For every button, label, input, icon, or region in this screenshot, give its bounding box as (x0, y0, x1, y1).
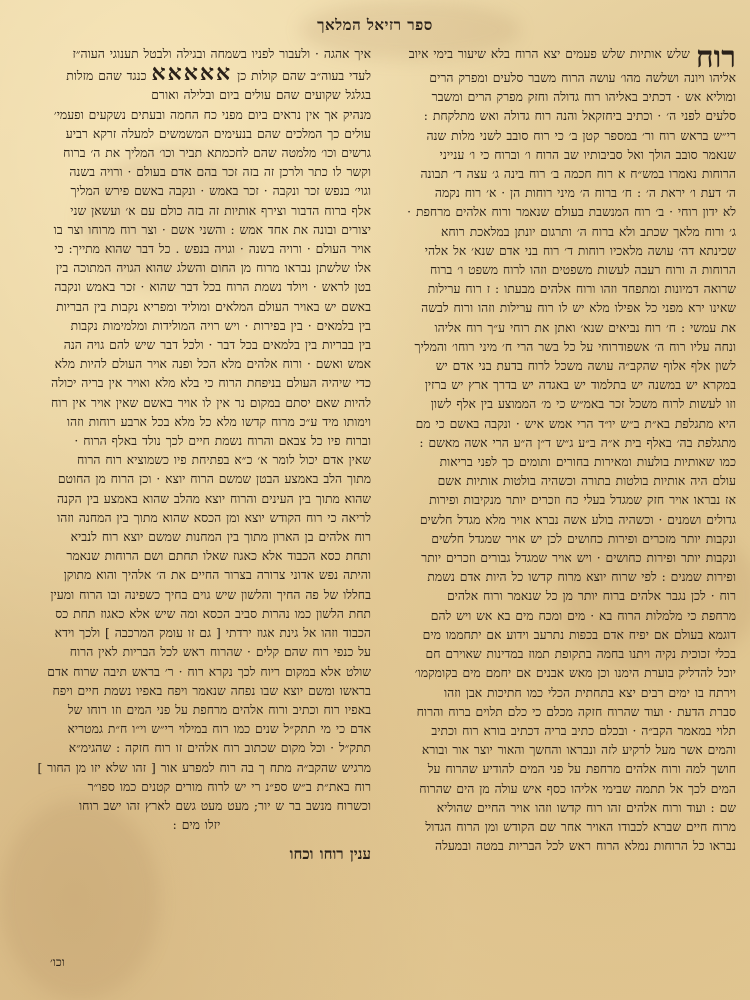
text-segment: בגלגל שקועים שהם עולים (244, 88, 371, 102)
text-line: וגוי׳ בנפש זכר ונקבה · זכר באמש · ונקבה … (22, 182, 371, 201)
text-line: והיתה נפש אדוני צרורה בצרור החיים את ה׳ … (22, 566, 371, 585)
page-header: ספר רזיאל המלאך (0, 16, 750, 35)
scanned-page: ספר רזיאל המלאך איך אהגה · ולעבור לפניו … (0, 0, 750, 1000)
text-line: סלעים לפני ה׳ · וכתיב ביחזקאל והנה רוח ג… (387, 107, 736, 126)
text-line: אמש ואשם · ורוח אלהים מלא הכל ופנה אויר … (22, 355, 371, 374)
text-line: כמו שאותיות בולעות ומאירות בחורים ותומים… (387, 453, 736, 472)
text-line: וזו לעשות לרוח משכל זכר באמ״ש כי מ׳ הממו… (387, 395, 736, 414)
text-line: מתגלפת בה׳ באלף בית א״ה ב״ע ג״ש ד״ן ה״ע … (387, 434, 736, 453)
text-line: אויר העולם · ורויה בשנה · וגויה בנפש . כ… (22, 240, 371, 259)
text-line: שם : ועוד ורוח אלהים זהו רוח קדשו וזהו א… (387, 799, 736, 818)
text-line: וברוח פיו כל צבאם והרוח נשמת חיים לכך נו… (22, 432, 371, 451)
text-line: לשון אלף אלוף שהקב״ה עושה משכל לרוח בדעת… (387, 357, 736, 376)
text-line: שרואה דמיונות ומתפחד וזהו ורוח אלהים מבע… (387, 280, 736, 299)
text-line: רוח · לכן נגבר אלהים ברוח יותר מן כל שנא… (387, 587, 736, 606)
text-line: אדם כי מי תתק״ל שנים כמו רוח במילוי רי״ש… (22, 720, 371, 739)
text-line: מנהיק אך אין נראים ביום מפני כח החמה ובע… (22, 106, 371, 125)
right-column: איך אהגה · ולעבור לפניו בשמחה ובגילה ולב… (22, 45, 371, 964)
text-line: הכבוד וזהו אל גינת אגוז ירדתי [ גם זו עו… (22, 624, 371, 643)
large-aleph-letters: אאאאא (152, 64, 233, 86)
text-line: שכינתא דה׳ עושה מלאכיו רוחות ד׳ רוח בני … (387, 242, 736, 261)
text-segment: שלש אותיות שלש פעמים יצא הרוח בלא שיעור … (409, 47, 690, 61)
text-line: נבראו כל הרוחות נמלא הרוח ראש לכל הבריות… (387, 837, 736, 856)
text-line: איך אהגה · ולעבור לפניו בשמחה ובגילה ולב… (22, 45, 371, 64)
text-line: וקשר לו כתר ולרכן זה בזה זכר בהם אדם בעו… (22, 163, 371, 182)
continuation-mark: וכו׳ (50, 955, 65, 970)
text-line: גרשים וכו׳ מלמטה שהם לחכמתא תביר וכו׳ המ… (22, 144, 371, 163)
text-line: שאין אדם יכול לומר א׳ כ״א בפתיחת פיו כשמ… (22, 451, 371, 470)
text-line: מתוך הלב באמצע הבטן שמשם הרוח יוצא · וכן… (22, 470, 371, 489)
text-line: תלוי במאמר הקב״ה · ובכלם כתיב בריה דכתיב… (387, 722, 736, 741)
text-line: שנאמר סובב הולך ואל סביבותיו שב הרוח ו׳ … (387, 146, 736, 165)
text-line: ותחת כסא הכבוד אלא כאגוז שאלו תחתם ושם ה… (22, 547, 371, 566)
text-line: עולם היה אותיות בולטות בתורה וכשהיה בולט… (387, 472, 736, 491)
text-line: שהוא מתוך בין העינים והרוח יוצא מהלב שהו… (22, 490, 371, 509)
text-line: תחת הלשון כמו נהרות סביב הכסא ומה שיש אל… (22, 605, 371, 624)
text-line: מרוח חיים שברא לכבודו האויר אחר שם הקודש… (387, 818, 736, 837)
text-line: ג׳ ורוח מלאך שכתב ולא ברוח ה׳ ותרגום יונ… (387, 223, 736, 242)
text-line: רי״ש בראש רוח ור׳ במספר קטן ב׳ כי רוח סו… (387, 127, 736, 146)
text-segment: ביום ובלילה ואורם (151, 88, 239, 102)
text-line: אליהו ויונה ושלשה מהו׳ עושה הרוח משבר סל… (387, 69, 736, 88)
text-line: יזלו מים : (22, 816, 371, 835)
text-line: בראשו ומשם יוצא שבו נפחה שנאמר ויפח באפי… (22, 682, 371, 701)
left-column: רוח שלש אותיות שלש פעמים יצא הרוח בלא שי… (387, 45, 736, 964)
text-line: במקרא יש במשנה יש בתלמוד יש באגדה יש בדר… (387, 376, 736, 395)
text-line: לא ידון רוחי · ב׳ רוח המנשבת בעולם שנאמר… (387, 203, 736, 222)
text-line: הרוחות ה ורוח רעבה לעשות משפטים וזהו לרו… (387, 261, 736, 280)
initial-word: רוח (696, 47, 736, 69)
text-columns: איך אהגה · ולעבור לפניו בשמחה ובגילה ולב… (22, 45, 736, 964)
text-line: מרחפת כי מלמלות הרוח בא · מים ומכח מים ב… (387, 607, 736, 626)
section-title: ענין רוחו וכחו (22, 845, 371, 864)
text-line: להיות שאם יסתם במקום נר אין לו אויר באשם… (22, 394, 371, 413)
text-line: לריאה כי רוח הקודש יוצא ומן הכסא שהוא מת… (22, 509, 371, 528)
text-line: בין בבריות בין בלמאים בכל דבר · ולכל דבר… (22, 336, 371, 355)
text-line: ומוליא אש · דכתיב באליהו רוח גדולה וחזק … (387, 88, 736, 107)
text-line: יצורים ובונה את אחד אמש : והשני אשם · וצ… (22, 221, 371, 240)
text-line: אלו שלשתן נבראו מרוח מן החום והשלג שהוא … (22, 259, 371, 278)
text-line: היא מתגלפת בא״ת ב״ש יו״ד הרי אמש איש · ו… (387, 415, 736, 434)
text-line: באפיו רוח וכתיב ורוח אלהים מרחפת על פני … (22, 701, 371, 720)
text-line: בין בלמאים · בין בפירות · ויש רויה המולי… (22, 317, 371, 336)
text-line: על כנפי רוח שהם קלים · שהרוח ראש לכל הבר… (22, 643, 371, 662)
text-line: המים לכך אל תתמה שבימי אליהו כסף איש עול… (387, 780, 736, 799)
text-line: ונחה עליו רוח ה׳ אשפודרוחי על כל בשר הרי… (387, 338, 736, 357)
text-line: באשם יש באויר העולם המלאים ומוליד ומפריא… (22, 298, 371, 317)
text-line: יוכל להדליק בוערת הימנו וכן מאש אבנים אם… (387, 664, 736, 683)
text-line: ונקבות יותר ופירות כחושים · ויש אויר שמג… (387, 549, 736, 568)
text-line: סברת הדעת · ועוד שהרוח חזקה מכלם כי כלם … (387, 703, 736, 722)
text-line: בחללו של פה החיך והלשון שיש גוים בחיך כש… (22, 586, 371, 605)
text-line: עולים כך המלכים שהם בנעימים המשמשים למעל… (22, 125, 371, 144)
text-line: הרוחות נאמרו במש״ח א רוח חכמה ב׳ רוח בינ… (387, 165, 736, 184)
text-line: ונקבות יותר מזכרים ופירות כחושים לכן יש … (387, 530, 736, 549)
text-segment: כנגד שהם מזלות (66, 69, 146, 83)
text-line: חושך למה ורוח אלהים מרחפת על פני המים לה… (387, 760, 736, 779)
text-line: אלף ברוח הדבור וצירף אותיות זה בזה כולם … (22, 202, 371, 221)
text-line: מרגיש שהקב״ה מתח ך בה רוח למפרע אור [ זה… (22, 759, 371, 778)
text-line: וימותו מיד ע״כ מרוח קדשו מלא כל מלא בכל … (22, 413, 371, 432)
text-line: רוח אלהים בן הארון מתוך בין המחנות שמשם … (22, 528, 371, 547)
text-line: והמים אשר מעל לרקיע לזה ונבראו והחשך והא… (387, 741, 736, 760)
text-line: וירתח בו ימים רבים יצא בתחתית הכלי כמו ח… (387, 684, 736, 703)
text-line: לעדי בעוה״ב שהם קולות כן אאאאא כנגד שהם … (22, 64, 371, 86)
text-line: ה׳ דעת ו׳ יראת ה׳ : ח׳ ברוח ה׳ מיני רוחו… (387, 184, 736, 203)
text-line: את עמשי : ח׳ רוח נביאים שנא׳ ואתן את רוח… (387, 319, 736, 338)
text-line: תתק״ל · וכל מקום שכתוב רוח אלהים זו רוח … (22, 739, 371, 758)
text-line: רוח שלש אותיות שלש פעמים יצא הרוח בלא שי… (387, 45, 736, 69)
text-line: ופירות שמנים : לפי שרוח יוצא מרוח קדשו כ… (387, 568, 736, 587)
text-line: שאינו ירא מפני כל אפילו מלא יש לו רוח ער… (387, 299, 736, 318)
text-line: כדי שיהיה העולם בניפחת הרוח כי בלא מלא ו… (22, 374, 371, 393)
text-line: רוח באת״ת ב״ש ספ״נ רי יש לרוח מורים קטני… (22, 778, 371, 797)
text-segment: לעדי בעוה״ב שהם קולות כן (237, 69, 371, 83)
text-line: בכלי זכוכית נקיה ויתנו בחמה בתקופת תמוז … (387, 645, 736, 664)
text-line: גדולים ושמנים · וכשהיה בולע אשה נברא אוי… (387, 511, 736, 530)
text-line: בטן לראש · ויולד נשמת הרוח בכל דבר שהוא … (22, 278, 371, 297)
text-line: אז נבראו אויר חזק שמגדל בעלי כח וזכרים י… (387, 491, 736, 510)
text-line: בגלגל שקועים שהם עולים ביום ובלילה ואורם (22, 86, 371, 105)
text-line: שולט אלא במקום ריוח לכך נקרא רוח · ר׳ בר… (22, 663, 371, 682)
text-line: דוגמא בעולם אם יפיח אדם בכפות נתרעב וידו… (387, 626, 736, 645)
text-line: וכשרוח מנשב בר ש יור; מעט מעט גשם לארץ ז… (22, 797, 371, 816)
